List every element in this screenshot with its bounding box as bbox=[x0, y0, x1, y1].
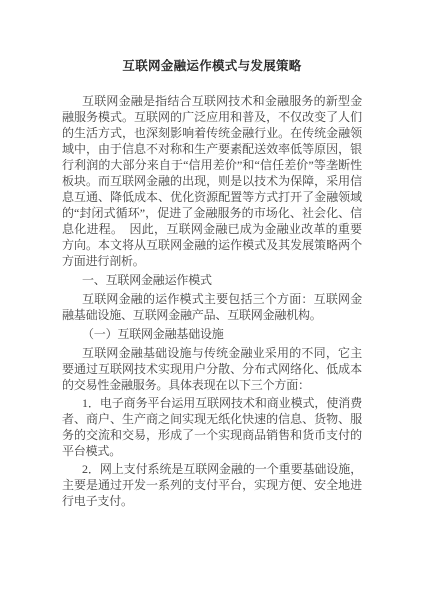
document-body: 互联网金融是指结合互联网技术和金融服务的新型金融服务模式。互联网的广泛应用和普及… bbox=[62, 93, 362, 509]
paragraph-infrastructure-intro: 互联网金融基础设施与传统金融业采用的不同，它主要通过互联网技术实现用户分散、分布… bbox=[62, 345, 362, 393]
section-heading-operation-mode: 一、互联网金融运作模式 bbox=[62, 272, 362, 288]
document-title: 互联网金融运作模式与发展策略 bbox=[0, 56, 424, 76]
document-page: 互联网金融运作模式与发展策略 互联网金融是指结合互联网技术和金融服务的新型金融服… bbox=[0, 0, 424, 600]
paragraph-point-1-ecommerce: 1．电子商务平台运用互联网技术和商业模式，使消费者、商户、生产商之间实现无纸化快… bbox=[62, 395, 362, 459]
paragraph-intro: 互联网金融是指结合互联网技术和金融服务的新型金融服务模式。互联网的广泛应用和普及… bbox=[62, 93, 362, 269]
sub-heading-infrastructure: （一）互联网金融基础设施 bbox=[62, 326, 362, 342]
paragraph-three-aspects: 互联网金融的运作模式主要包括三个方面：互联网金融基础设施、互联网金融产品、互联网… bbox=[62, 291, 362, 323]
paragraph-point-2-online-payment: 2．网上支付系统是互联网金融的一个重要基础设施，主要是通过开发一系列的支付平台，… bbox=[62, 461, 362, 509]
